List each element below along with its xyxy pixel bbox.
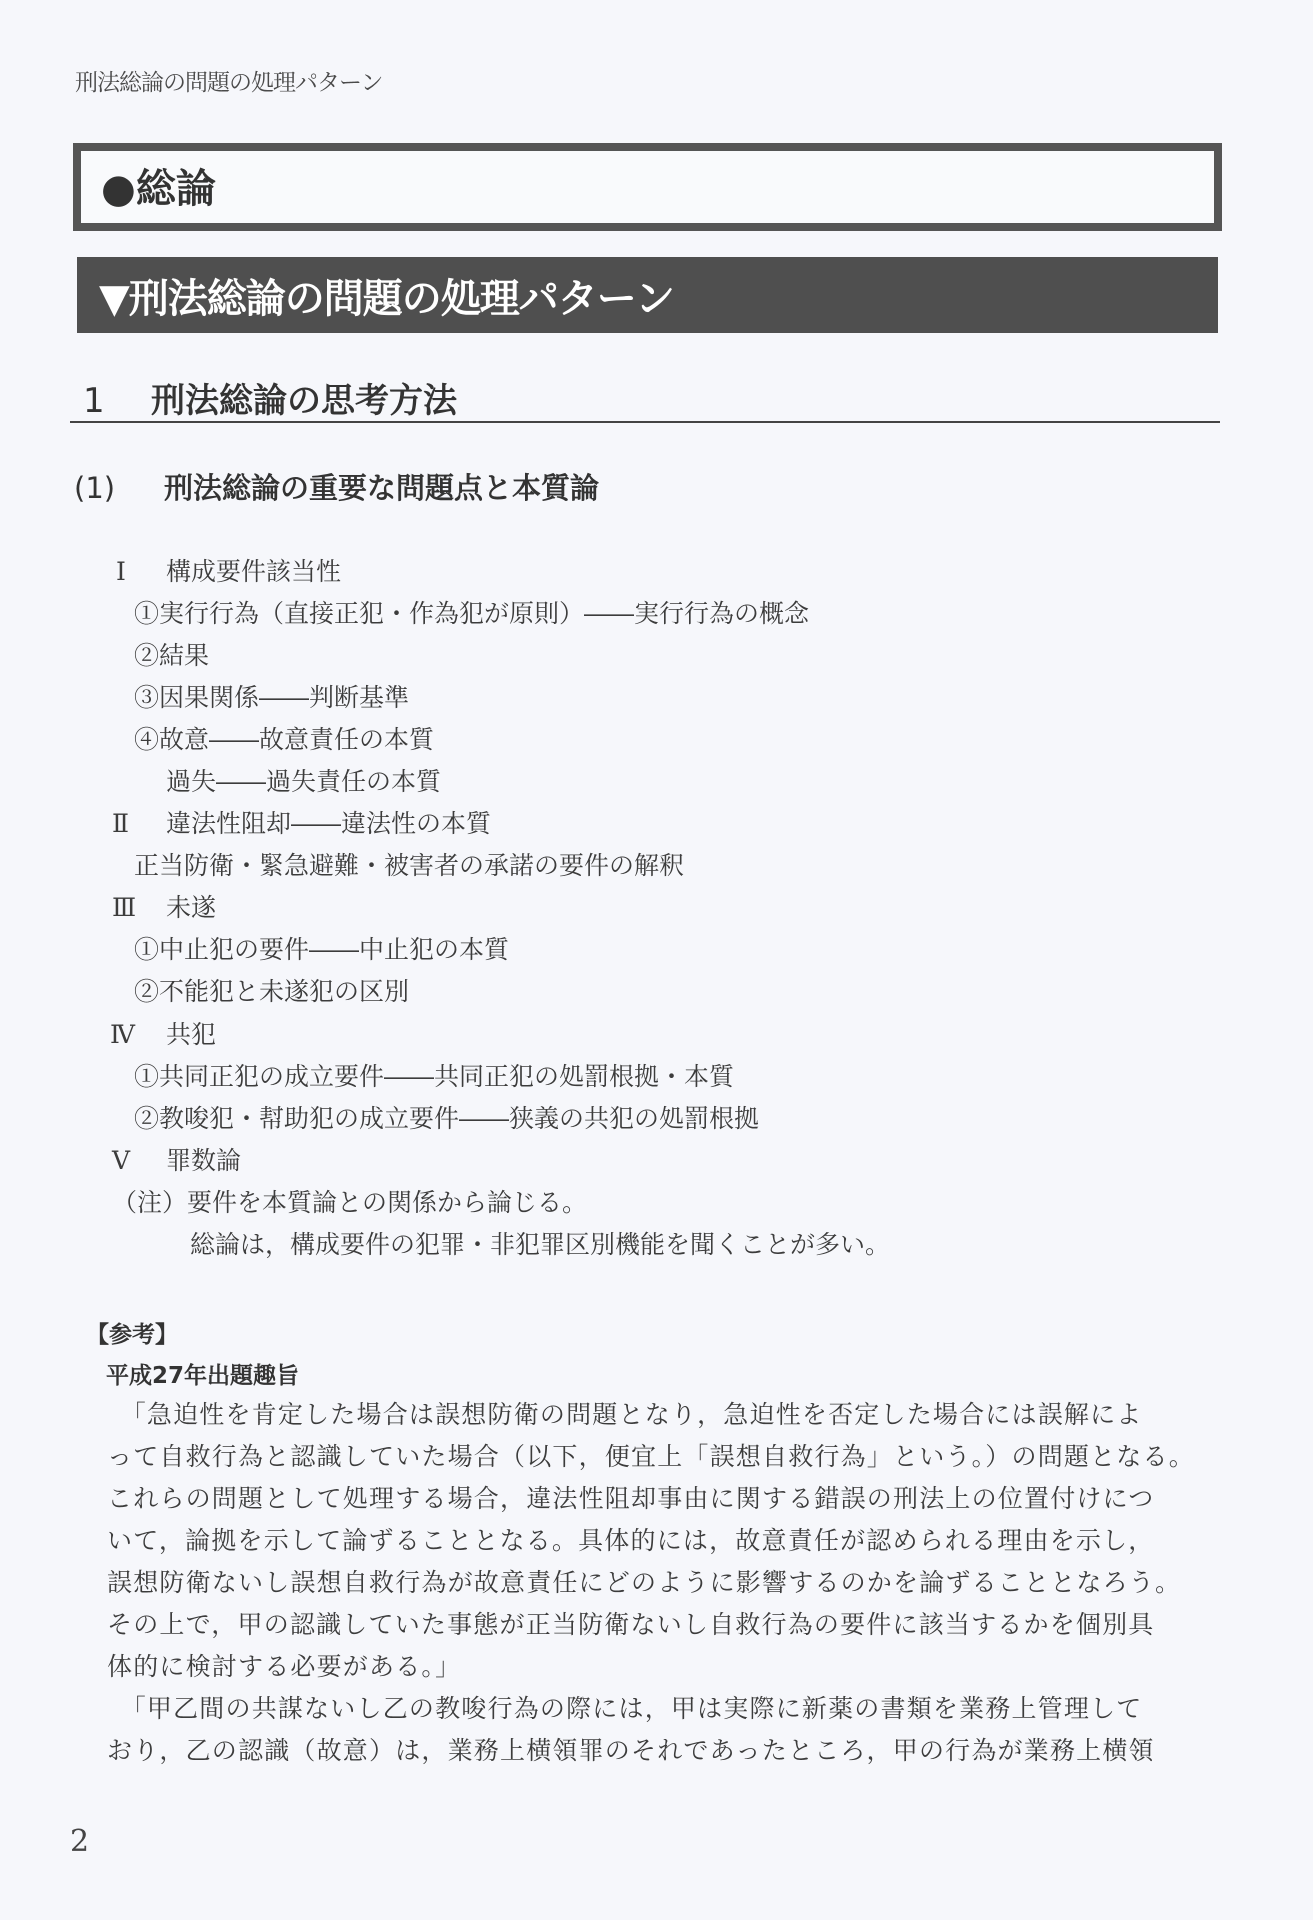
running-header: 刑法総論の問題の処理パターン	[75, 64, 383, 97]
section-number: 1	[83, 381, 151, 421]
outline-item: ③因果関係――判断基準	[134, 683, 409, 713]
reference-label: 【参考】	[86, 1316, 178, 1349]
outline-item: ②教唆犯・幇助犯の成立要件――狭義の共犯の処罰根拠	[134, 1104, 759, 1134]
paragraph-line: 誤想防衛ないし誤想自救行為が故意責任にどのように影響するのかを論ずることとなろう…	[107, 1568, 1181, 1598]
note-line: 総論は，構成要件の犯罪・非犯罪区別機能を聞くことが多い。	[190, 1230, 890, 1260]
outline-item: ①共同正犯の成立要件――共同正犯の処罰根拠・本質	[134, 1062, 734, 1092]
paragraph-line: 「急迫性を肯定した場合は誤想防衛の問題となり，急迫性を否定した場合には誤解によ	[107, 1400, 1143, 1430]
outline-item: 正当防衛・緊急避難・被害者の承諾の要件の解釈	[134, 851, 684, 881]
triangle-down-icon: ▼	[99, 276, 129, 322]
subsection-number: (1)	[74, 471, 164, 505]
roman-numeral: Ⅰ	[116, 557, 166, 587]
outline-item: 過失――過失責任の本質	[166, 767, 441, 797]
outline-item: Ⅳ共犯	[110, 1020, 216, 1050]
paragraph-line: その上で，甲の認識していた事態が正当防衛ないし自救行為の要件に該当するかを個別具	[107, 1610, 1155, 1640]
part-title-box: ●総論	[73, 143, 1222, 231]
part-title: ●総論	[101, 157, 216, 214]
note-label: （注）	[112, 1188, 187, 1217]
outline-item: Ⅰ構成要件該当性	[116, 557, 341, 587]
roman-numeral: Ⅴ	[112, 1146, 166, 1176]
paragraph-line: いて，論拠を示して論ずることとなる。具体的には，故意責任が認められる理由を示し，	[107, 1526, 1155, 1556]
paragraph-line: って自救行為と認識していた場合（以下，便宜上「誤想自救行為」という。）の問題とな…	[107, 1442, 1195, 1472]
chapter-title-text: 刑法総論の問題の処理パターン	[129, 276, 674, 322]
outline-item: ①中止犯の要件――中止犯の本質	[134, 935, 509, 965]
outline-item: ②結果	[134, 641, 209, 671]
section-title: 刑法総論の思考方法	[151, 381, 457, 421]
page-number: 2	[70, 1824, 89, 1859]
subsection-heading: (1)刑法総論の重要な問題点と本質論	[74, 466, 599, 507]
outline-item: Ⅱ違法性阻却――違法性の本質	[112, 809, 491, 839]
outline-item: ①実行行為（直接正犯・作為犯が原則）――実行行為の概念	[134, 599, 809, 629]
outline-item: Ⅲ未遂	[112, 893, 216, 923]
roman-numeral: Ⅲ	[112, 893, 166, 923]
roman-numeral: Ⅳ	[110, 1020, 166, 1050]
subsection-title: 刑法総論の重要な問題点と本質論	[164, 471, 599, 505]
outline-item: Ⅴ罪数論	[112, 1146, 241, 1176]
part-title-text: 総論	[136, 166, 216, 212]
paragraph-line: これらの問題として処理する場合，違法性阻却事由に関する錯誤の刑法上の位置付けにつ	[107, 1484, 1155, 1514]
note: （注）要件を本質論との関係から論じる。	[112, 1188, 587, 1218]
outline-item: ②不能犯と未遂犯の区別	[134, 977, 409, 1007]
section-heading: 1刑法総論の思考方法	[83, 373, 457, 422]
outline-text: 構成要件該当性	[166, 557, 341, 586]
section-divider	[70, 421, 1220, 423]
paragraph-line: 「甲乙間の共謀ないし乙の教唆行為の際には，甲は実際に新薬の書類を業務上管理して	[107, 1694, 1143, 1724]
chapter-banner: ▼刑法総論の問題の処理パターン	[77, 257, 1218, 333]
outline-text: 罪数論	[166, 1146, 241, 1175]
chapter-title: ▼刑法総論の問題の処理パターン	[99, 267, 674, 324]
outline-text: 違法性阻却――違法性の本質	[166, 809, 491, 838]
paragraph-line: 体的に検討する必要がある。」	[107, 1652, 461, 1682]
paragraph-line: おり，乙の認識（故意）は，業務上横領罪のそれであったところ，甲の行為が業務上横領	[107, 1736, 1155, 1766]
bullet-icon: ●	[101, 166, 136, 212]
reference-subtitle: 平成27年出題趣旨	[106, 1357, 299, 1390]
outline-item: ④故意――故意責任の本質	[134, 725, 434, 755]
note-line: 要件を本質論との関係から論じる。	[187, 1188, 587, 1217]
outline-text: 共犯	[166, 1020, 216, 1049]
roman-numeral: Ⅱ	[112, 809, 166, 839]
outline-text: 未遂	[166, 893, 216, 922]
